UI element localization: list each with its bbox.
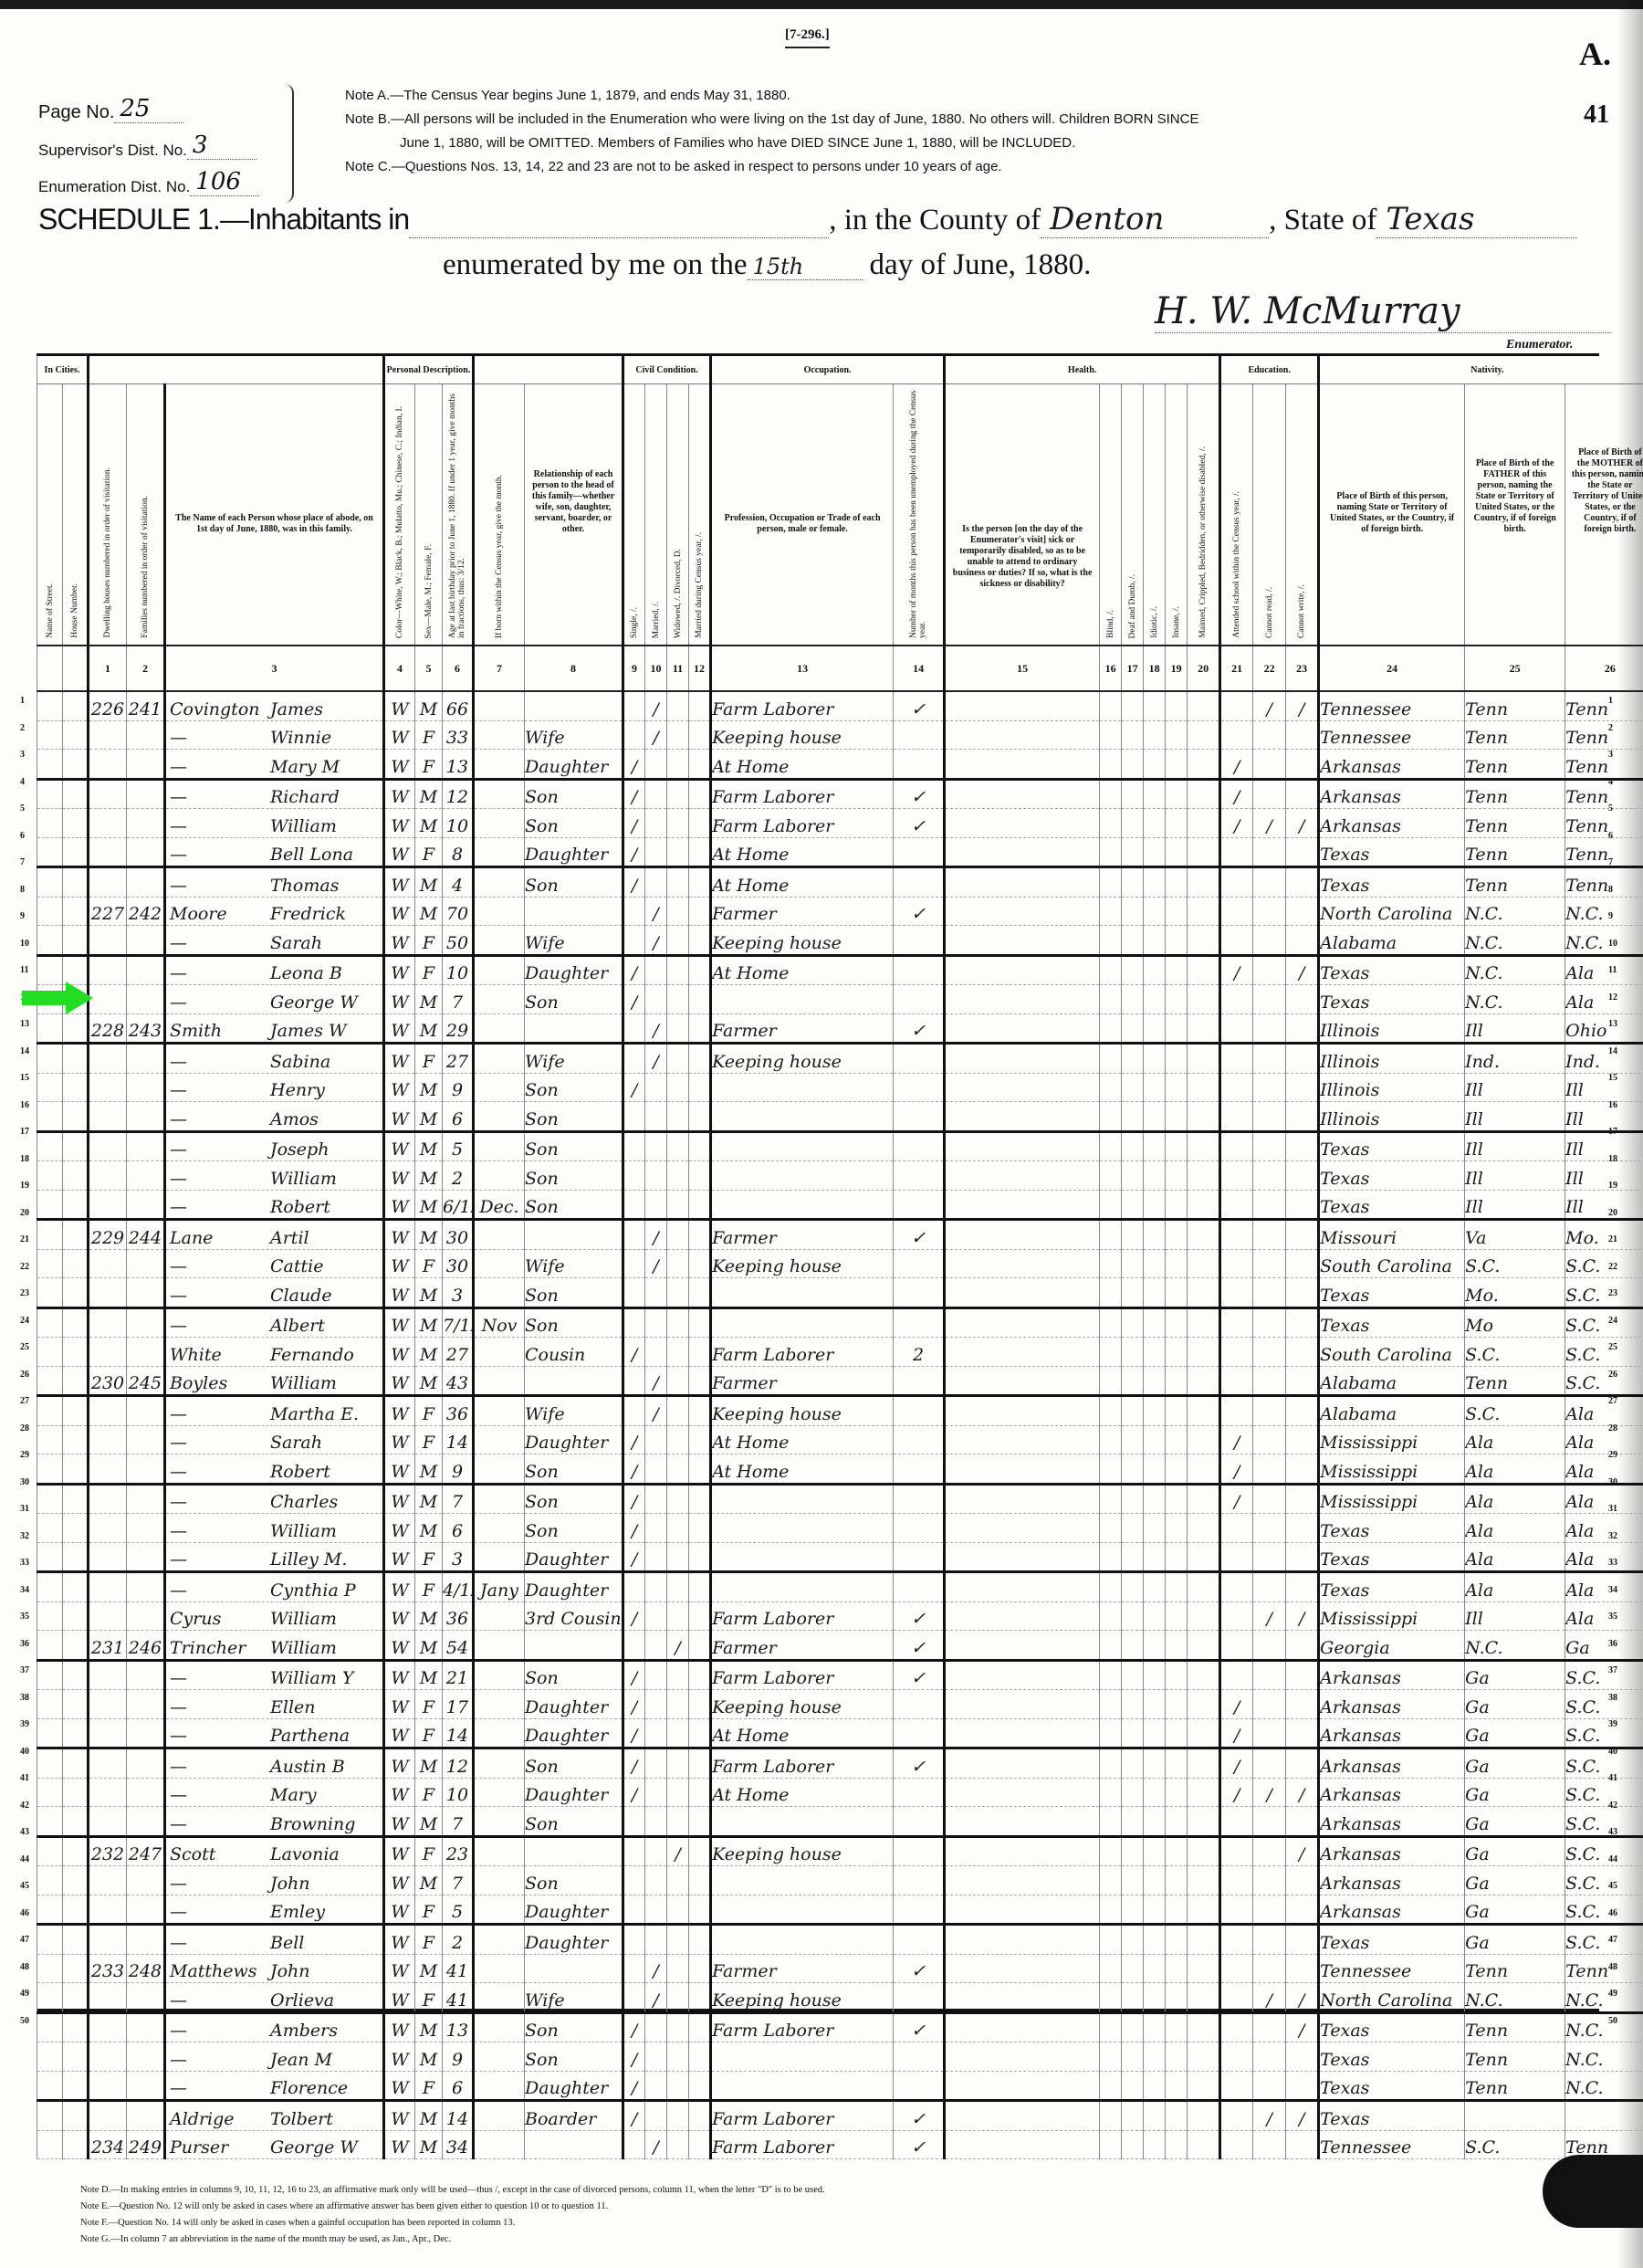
birthplace-cell: Texas xyxy=(1319,1572,1465,1602)
married-census-year-mark xyxy=(689,837,711,867)
insane-mark xyxy=(1166,1073,1188,1102)
relationship-cell: Daughter xyxy=(525,955,623,985)
cannot-read-mark xyxy=(1253,867,1286,898)
idiotic-mark xyxy=(1144,1278,1166,1308)
person-name: —Charles xyxy=(165,1484,384,1514)
sex-cell: F xyxy=(415,2071,443,2101)
occupation-cell xyxy=(711,1161,894,1191)
sex-cell: M xyxy=(415,1454,443,1485)
surname: — xyxy=(166,816,270,836)
widowed-mark xyxy=(667,779,689,809)
insane-mark xyxy=(1166,1013,1188,1044)
sex-cell: M xyxy=(415,1631,443,1661)
birthplace-cell: Texas xyxy=(1319,837,1465,867)
color-cell: W xyxy=(384,1954,415,1983)
line-number-right: 28 xyxy=(1608,1423,1617,1433)
widowed-mark xyxy=(667,1454,689,1485)
enumeration-date-line: enumerated by me on the 15th day of June… xyxy=(443,248,1091,282)
person-name: CyrusWilliam xyxy=(165,1601,384,1631)
blind-mark xyxy=(1100,809,1122,838)
insane-mark xyxy=(1166,720,1188,750)
widowed-mark xyxy=(667,1278,689,1308)
table-row: 232247ScottLavoniaWF23/Keeping house/Ark… xyxy=(37,1836,1643,1866)
street-cell xyxy=(37,1249,63,1278)
color-cell: W xyxy=(384,1131,415,1161)
deaf-mark xyxy=(1122,779,1144,809)
mother-birthplace-cell: N.C. xyxy=(1565,2071,1643,2101)
cannot-write-mark xyxy=(1286,1190,1319,1220)
col-15-sickness: Is the person [on the day of the Enumera… xyxy=(945,384,1100,646)
insane-mark xyxy=(1166,1954,1188,1983)
insane-mark xyxy=(1166,1425,1188,1454)
line-number-left: 20 xyxy=(20,1208,29,1218)
line-number-right: 47 xyxy=(1608,1935,1617,1945)
idiotic-mark xyxy=(1144,750,1166,780)
line-number-right: 25 xyxy=(1608,1342,1617,1352)
color-cell: W xyxy=(384,1073,415,1102)
county-label: , in the County of xyxy=(829,204,1041,237)
surname: — xyxy=(166,1052,270,1072)
color-cell: W xyxy=(384,955,415,985)
widowed-mark xyxy=(667,1983,689,2013)
maimed-mark xyxy=(1188,1660,1220,1690)
birth-month-cell xyxy=(474,1366,525,1396)
color-cell: W xyxy=(384,1396,415,1426)
day-suffix: day of June, 1880. xyxy=(870,248,1092,282)
line-number-left: 31 xyxy=(20,1504,29,1514)
widowed-mark xyxy=(667,1161,689,1191)
dwelling-number xyxy=(89,1396,127,1426)
blind-mark xyxy=(1100,1073,1122,1102)
sex-cell: F xyxy=(415,1249,443,1278)
dwelling-number xyxy=(89,867,127,898)
school-mark xyxy=(1220,1307,1253,1338)
idiotic-mark xyxy=(1144,1013,1166,1044)
table-row: WhiteFernandoWM27Cousin/Farm Laborer2Sou… xyxy=(37,1338,1643,1367)
street-cell xyxy=(37,779,63,809)
color-cell: W xyxy=(384,1102,415,1132)
married-census-year-mark xyxy=(689,1895,711,1925)
line-number-left: 47 xyxy=(20,1935,29,1945)
deaf-mark xyxy=(1122,1044,1144,1074)
mother-birthplace-cell: N.C. xyxy=(1565,897,1643,926)
house-cell xyxy=(63,926,89,956)
cannot-read-mark xyxy=(1253,1748,1286,1779)
line-number-left: 9 xyxy=(20,911,25,921)
widowed-mark xyxy=(667,1748,689,1779)
cannot-read-mark xyxy=(1253,1307,1286,1338)
father-birthplace-cell: N.C. xyxy=(1465,897,1565,926)
person-name: —William xyxy=(165,809,384,838)
idiotic-mark xyxy=(1144,1866,1166,1895)
dwelling-number xyxy=(89,1338,127,1367)
line-number-right: 50 xyxy=(1608,2016,1617,2026)
line-number-right: 43 xyxy=(1608,1827,1617,1837)
occupation-cell: Farm Laborer xyxy=(711,2101,894,2131)
sex-cell: M xyxy=(415,1807,443,1837)
relationship-cell: Son xyxy=(525,2012,623,2042)
cannot-write-mark xyxy=(1286,1660,1319,1690)
married-mark xyxy=(645,1131,667,1161)
cannot-write-mark xyxy=(1286,1102,1319,1132)
unemployed-cell xyxy=(894,1190,945,1220)
surname: — xyxy=(166,1874,270,1894)
widowed-mark xyxy=(667,691,689,720)
house-cell xyxy=(63,720,89,750)
cannot-write-mark xyxy=(1286,1690,1319,1719)
line-number-right: 26 xyxy=(1608,1370,1617,1380)
unemployed-cell xyxy=(894,1278,945,1308)
cannot-read-mark xyxy=(1253,1836,1286,1866)
unemployed-cell xyxy=(894,1983,945,2013)
school-mark xyxy=(1220,1161,1253,1191)
house-cell xyxy=(63,1690,89,1719)
family-number xyxy=(127,1601,165,1631)
street-cell xyxy=(37,1073,63,1102)
school-mark: / xyxy=(1220,1778,1253,1807)
street-cell xyxy=(37,1044,63,1074)
widowed-mark xyxy=(667,1249,689,1278)
dwelling-number xyxy=(89,1807,127,1837)
dwelling-number: 229 xyxy=(89,1220,127,1250)
married-mark xyxy=(645,1454,667,1485)
insane-mark xyxy=(1166,1278,1188,1308)
insane-mark xyxy=(1166,1454,1188,1485)
married-census-year-mark xyxy=(689,955,711,985)
blind-mark xyxy=(1100,1425,1122,1454)
sheet-letter: A. xyxy=(1579,35,1611,73)
deaf-mark xyxy=(1122,1660,1144,1690)
maimed-mark xyxy=(1188,1425,1220,1454)
married-mark: / xyxy=(645,926,667,956)
idiotic-mark xyxy=(1144,2101,1166,2131)
sickness-cell xyxy=(945,1631,1100,1661)
table-row: —WilliamWM6Son/TexasAlaAla xyxy=(37,1514,1643,1543)
occupation-cell: Farmer xyxy=(711,1366,894,1396)
line-number-right: 21 xyxy=(1608,1234,1617,1244)
occupation-cell: At Home xyxy=(711,955,894,985)
married-census-year-mark xyxy=(689,1044,711,1074)
married-census-year-mark xyxy=(689,2071,711,2101)
married-census-year-mark xyxy=(689,1396,711,1426)
surname: Boyles xyxy=(166,1373,270,1393)
sickness-cell xyxy=(945,1278,1100,1308)
cannot-read-mark xyxy=(1253,1338,1286,1367)
cannot-read-mark xyxy=(1253,1660,1286,1690)
cannot-write-mark: / xyxy=(1286,2012,1319,2042)
family-number xyxy=(127,2071,165,2101)
idiotic-mark xyxy=(1144,1249,1166,1278)
mother-birthplace-cell: Mo. xyxy=(1565,1220,1643,1250)
widowed-mark xyxy=(667,1572,689,1602)
cannot-read-mark xyxy=(1253,1484,1286,1514)
married-census-year-mark xyxy=(689,809,711,838)
line-number-left: 38 xyxy=(20,1693,29,1703)
mother-birthplace-cell: Tenn xyxy=(1565,809,1643,838)
age-cell: 7/12 xyxy=(443,1307,474,1338)
surname: Cyrus xyxy=(166,1609,270,1629)
family-number xyxy=(127,1044,165,1074)
person-name: —Jean M xyxy=(165,2042,384,2072)
occupation-cell: Keeping house xyxy=(711,1983,894,2013)
line-number-right: 6 xyxy=(1608,831,1613,841)
street-cell xyxy=(37,750,63,780)
father-birthplace-cell: N.C. xyxy=(1465,926,1565,956)
widowed-mark xyxy=(667,2071,689,2101)
dwelling-number xyxy=(89,1542,127,1572)
married-mark xyxy=(645,1778,667,1807)
sex-cell: F xyxy=(415,1572,443,1602)
blind-mark xyxy=(1100,1338,1122,1367)
sickness-cell xyxy=(945,1660,1100,1690)
married-census-year-mark xyxy=(689,1484,711,1514)
blind-mark xyxy=(1100,1013,1122,1044)
house-cell xyxy=(63,1542,89,1572)
maimed-mark xyxy=(1188,1307,1220,1338)
street-cell xyxy=(37,1983,63,2013)
father-birthplace-cell: Ga xyxy=(1465,1836,1565,1866)
widowed-mark xyxy=(667,1601,689,1631)
single-mark xyxy=(623,1631,645,1661)
mother-birthplace-cell: Ala xyxy=(1565,1425,1643,1454)
street-cell xyxy=(37,837,63,867)
table-row: 226241CovingtonJamesWM66/Farm Laborer✓//… xyxy=(37,691,1643,720)
table-row: —WilliamWM10Son/Farm Laborer✓///Arkansas… xyxy=(37,809,1643,838)
house-cell xyxy=(63,1190,89,1220)
sex-cell: M xyxy=(415,809,443,838)
note-f: Note F.—Question No. 14 will only be ask… xyxy=(80,2215,825,2231)
age-cell: 50 xyxy=(443,926,474,956)
cannot-read-mark xyxy=(1253,2042,1286,2072)
school-mark xyxy=(1220,1338,1253,1367)
sickness-cell xyxy=(945,1514,1100,1543)
given-name: William xyxy=(270,1169,337,1189)
color-cell: W xyxy=(384,1983,415,2013)
cannot-write-mark xyxy=(1286,1954,1319,1983)
person-name: —Florence xyxy=(165,2071,384,2101)
relationship-cell: Son xyxy=(525,1454,623,1485)
sickness-cell xyxy=(945,1425,1100,1454)
single-mark xyxy=(623,720,645,750)
person-name: —Bell xyxy=(165,1925,384,1955)
col-21-school: Attended school within the Census year, … xyxy=(1220,384,1253,646)
given-name: James xyxy=(270,699,323,719)
relationship-cell: Son xyxy=(525,1660,623,1690)
blind-mark xyxy=(1100,1454,1122,1485)
sickness-cell xyxy=(945,985,1100,1014)
color-cell: W xyxy=(384,2101,415,2131)
occupation-cell: Farmer xyxy=(711,897,894,926)
widowed-mark: / xyxy=(667,1631,689,1661)
street-cell xyxy=(37,720,63,750)
color-cell: W xyxy=(384,1866,415,1895)
table-row: 231246TrincherWilliamWM54/Farmer✓Georgia… xyxy=(37,1631,1643,1661)
sickness-cell xyxy=(945,1778,1100,1807)
deaf-mark xyxy=(1122,1748,1144,1779)
line-number-right: 7 xyxy=(1608,857,1613,867)
dwelling-number xyxy=(89,2042,127,2072)
married-mark xyxy=(645,2071,667,2101)
group-in-cities: In Cities. xyxy=(37,356,89,384)
single-mark xyxy=(623,1807,645,1837)
line-number-right: 20 xyxy=(1608,1208,1617,1218)
given-name: Jean M xyxy=(270,2050,332,2070)
age-cell: 9 xyxy=(443,2042,474,2072)
street-cell xyxy=(37,1102,63,1132)
sickness-cell xyxy=(945,1102,1100,1132)
insane-mark xyxy=(1166,1131,1188,1161)
line-number-left: 19 xyxy=(20,1181,29,1191)
relationship-cell: Son xyxy=(525,1102,623,1132)
cannot-write-mark: / xyxy=(1286,1983,1319,2013)
given-name: Charles xyxy=(270,1492,338,1512)
cannot-read-mark xyxy=(1253,1190,1286,1220)
dwelling-number xyxy=(89,1307,127,1338)
blind-mark xyxy=(1100,1660,1122,1690)
group-health: Health. xyxy=(945,356,1220,384)
single-mark xyxy=(623,1307,645,1338)
table-row: —BellWF2DaughterTexasGaS.C. xyxy=(37,1925,1643,1955)
birth-month-cell xyxy=(474,1073,525,1102)
family-number xyxy=(127,955,165,985)
surname: — xyxy=(166,845,270,865)
birth-month-cell xyxy=(474,1484,525,1514)
deaf-mark xyxy=(1122,1131,1144,1161)
mother-birthplace-cell: N.C. xyxy=(1565,1983,1643,2013)
sex-cell: M xyxy=(415,1366,443,1396)
cannot-read-mark xyxy=(1253,1866,1286,1895)
widowed-mark xyxy=(667,1925,689,1955)
occupation-cell: At Home xyxy=(711,867,894,898)
unemployed-cell xyxy=(894,1514,945,1543)
sex-cell: M xyxy=(415,2042,443,2072)
married-mark xyxy=(645,1601,667,1631)
family-number xyxy=(127,1102,165,1132)
age-cell: 21 xyxy=(443,1660,474,1690)
insane-mark xyxy=(1166,1718,1188,1748)
table-row: —FlorenceWF6Daughter/TexasTennN.C. xyxy=(37,2071,1643,2101)
idiotic-mark xyxy=(1144,1102,1166,1132)
widowed-mark xyxy=(667,1013,689,1044)
unemployed-cell xyxy=(894,750,945,780)
surname: — xyxy=(166,1785,270,1805)
surname: — xyxy=(166,1668,270,1688)
age-cell: 30 xyxy=(443,1249,474,1278)
blind-mark xyxy=(1100,2071,1122,2101)
line-number-left: 32 xyxy=(20,1531,29,1541)
supervisor-label: Supervisor's Dist. No. xyxy=(38,142,187,160)
unemployed-cell: ✓ xyxy=(894,691,945,720)
street-cell xyxy=(37,1748,63,1779)
color-cell: W xyxy=(384,691,415,720)
widowed-mark xyxy=(667,1102,689,1132)
occupation-cell xyxy=(711,1514,894,1543)
given-name: Leona B xyxy=(270,963,342,983)
dwelling-number xyxy=(89,720,127,750)
birth-month-cell xyxy=(474,1044,525,1074)
maimed-mark xyxy=(1188,1895,1220,1925)
blind-mark xyxy=(1100,720,1122,750)
given-name: William Y xyxy=(270,1668,353,1688)
line-number-right: 10 xyxy=(1608,939,1617,949)
relationship-cell xyxy=(525,897,623,926)
person-name: ScottLavonia xyxy=(165,1836,384,1866)
sex-cell: M xyxy=(415,2012,443,2042)
birthplace-cell: Mississippi xyxy=(1319,1425,1465,1454)
line-number-right: 38 xyxy=(1608,1693,1617,1703)
given-name: Cattie xyxy=(270,1256,323,1276)
sickness-cell xyxy=(945,2042,1100,2072)
father-birthplace-cell: Ga xyxy=(1465,1690,1565,1719)
married-mark xyxy=(645,750,667,780)
sickness-cell xyxy=(945,720,1100,750)
given-name: Orlieva xyxy=(270,1990,334,2011)
birthplace-cell: Texas xyxy=(1319,1161,1465,1191)
school-mark xyxy=(1220,1631,1253,1661)
single-mark: / xyxy=(623,750,645,780)
occupation-cell: Farm Laborer xyxy=(711,2012,894,2042)
table-row: —AmbersWM13Son/Farm Laborer✓/TexasTennN.… xyxy=(37,2012,1643,2042)
house-cell xyxy=(63,1807,89,1837)
birth-month-cell xyxy=(474,2101,525,2131)
dwelling-number: 232 xyxy=(89,1836,127,1866)
dwelling-number xyxy=(89,1161,127,1191)
married-census-year-mark xyxy=(689,1278,711,1308)
school-mark: / xyxy=(1220,1718,1253,1748)
family-number xyxy=(127,1807,165,1837)
sickness-cell xyxy=(945,1748,1100,1779)
single-mark xyxy=(623,1396,645,1426)
mother-birthplace-cell: Tenn xyxy=(1565,691,1643,720)
birthplace-cell: Tennessee xyxy=(1319,1954,1465,1983)
street-cell xyxy=(37,1836,63,1866)
surname: Matthews xyxy=(166,1961,270,1981)
relationship-cell: Son xyxy=(525,1131,623,1161)
sickness-cell xyxy=(945,1866,1100,1895)
surname: — xyxy=(166,1139,270,1160)
birth-month-cell xyxy=(474,1925,525,1955)
married-mark: / xyxy=(645,1044,667,1074)
relationship-cell: Wife xyxy=(525,926,623,956)
single-mark xyxy=(623,1131,645,1161)
idiotic-mark xyxy=(1144,1542,1166,1572)
surname: — xyxy=(166,2078,270,2098)
married-mark xyxy=(645,1690,667,1719)
age-cell: 7 xyxy=(443,1866,474,1895)
birthplace-cell: Tennessee xyxy=(1319,691,1465,720)
dwelling-number xyxy=(89,1514,127,1543)
occupation-cell xyxy=(711,985,894,1014)
single-mark xyxy=(623,1278,645,1308)
mother-birthplace-cell: Tenn xyxy=(1565,1954,1643,1983)
insane-mark xyxy=(1166,2101,1188,2131)
given-name: Browning xyxy=(270,1814,355,1834)
color-cell: W xyxy=(384,897,415,926)
school-mark xyxy=(1220,1925,1253,1955)
deaf-mark xyxy=(1122,1102,1144,1132)
form-number: [7-296.] xyxy=(785,27,830,48)
insane-mark xyxy=(1166,1690,1188,1719)
dwelling-number xyxy=(89,1866,127,1895)
street-cell xyxy=(37,1338,63,1367)
sickness-cell xyxy=(945,1249,1100,1278)
col-14-unemployed: Number of months this person has been un… xyxy=(894,384,945,646)
line-number-right: 23 xyxy=(1608,1288,1617,1298)
surname: — xyxy=(166,1169,270,1189)
insane-mark xyxy=(1166,1748,1188,1779)
single-mark xyxy=(623,926,645,956)
single-mark: / xyxy=(623,1542,645,1572)
